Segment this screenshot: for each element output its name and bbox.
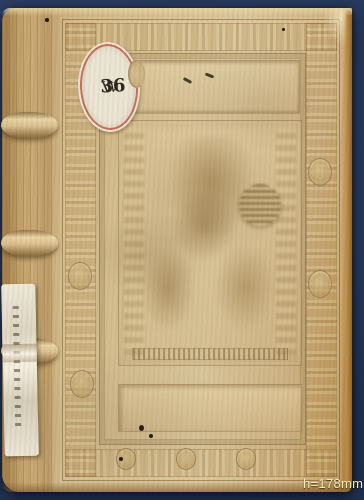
photo-background: V V 36 h=178mm bbox=[0, 0, 364, 500]
spine-paper-label-print bbox=[13, 306, 22, 430]
ink-mark bbox=[183, 77, 192, 84]
spine-paper-label bbox=[1, 284, 39, 457]
ink-speck bbox=[139, 425, 144, 431]
portrait-medallion bbox=[308, 270, 332, 298]
stamped-column-right bbox=[276, 128, 296, 355]
height-annotation: h=178mm bbox=[303, 476, 363, 491]
ink-speck bbox=[149, 434, 153, 438]
portrait-medallion bbox=[236, 448, 256, 470]
book-cover-photo: V V 36 bbox=[2, 8, 352, 492]
ink-mark bbox=[205, 72, 214, 78]
portrait-medallion bbox=[70, 370, 94, 398]
portrait-medallion bbox=[308, 158, 332, 186]
stamped-figure-right bbox=[214, 243, 276, 331]
stamped-figure-left bbox=[141, 248, 196, 331]
front-cover: V V 36 bbox=[56, 8, 352, 492]
central-blind-stamped-panel bbox=[118, 120, 302, 366]
spine-paper-label-fold bbox=[2, 344, 36, 363]
portrait-medallion bbox=[176, 448, 196, 470]
shelfmark-label-tear bbox=[128, 60, 145, 88]
roll-border-bottom bbox=[65, 449, 337, 477]
fore-edge bbox=[343, 8, 352, 492]
spine-raised-band bbox=[1, 230, 58, 256]
stamped-striped-orb bbox=[239, 184, 281, 225]
bottom-edge-shadow bbox=[2, 482, 352, 492]
portrait-medallion bbox=[68, 262, 92, 290]
spine-raised-band bbox=[1, 112, 58, 138]
shelfmark-line-3: 36 bbox=[100, 75, 126, 98]
top-edge-highlight bbox=[2, 8, 352, 16]
lower-recessed-panel bbox=[118, 384, 302, 432]
ink-speck bbox=[282, 28, 285, 31]
ink-speck bbox=[45, 18, 49, 22]
book-spine bbox=[2, 8, 56, 492]
roll-border-right bbox=[306, 23, 337, 477]
stamped-caption-strip bbox=[132, 348, 289, 360]
ink-speck bbox=[119, 457, 123, 461]
